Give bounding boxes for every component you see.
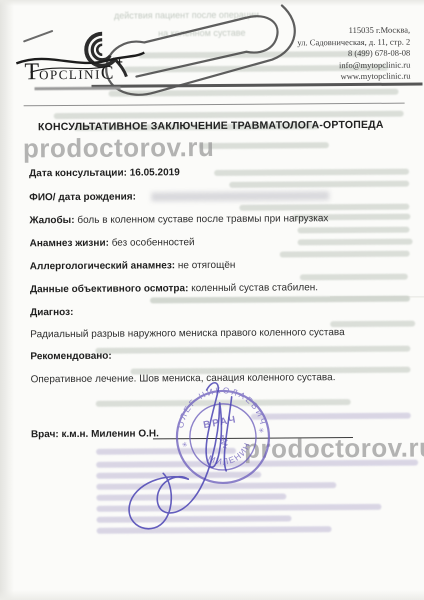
- clinic-email: info@mytopclinic.ru: [298, 59, 411, 71]
- logo-plus-mark: +: [116, 57, 123, 69]
- field-value: не отягощён: [175, 260, 235, 271]
- field-patient-name: ФИО/ дата рождения:: [29, 192, 136, 204]
- bleed-through-line: [150, 296, 410, 304]
- document-title: КОНСУЛЬТАТИВНОЕ ЗАКЛЮЧЕНИЕ ТРАВМАТОЛОГА-…: [0, 119, 423, 134]
- field-allergy-anamnesis: Аллергологический анамнез: не отягощён: [30, 260, 236, 272]
- field-value: 16.05.2019: [127, 167, 180, 178]
- clinic-contact-block: 115035 г.Москва, ул. Садовническая, д. 1…: [297, 25, 410, 83]
- field-label: Жалобы:: [29, 215, 74, 226]
- pen-mark: [24, 31, 52, 41]
- logo-letter-t: T: [24, 59, 39, 85]
- bleed-through-line: [214, 169, 409, 176]
- diagnosis-label: Диагноз:: [30, 307, 73, 318]
- scanned-document-page: действия пациент после операции на колен…: [0, 0, 424, 600]
- logo-letters-mid: OPCLINI: [39, 67, 101, 82]
- field-label: Рекомендовано:: [30, 351, 111, 363]
- diagnosis-text: Радиальный разрыв наружного мениска прав…: [30, 327, 345, 340]
- clinic-logo-text: TOPCLINIC: [24, 59, 113, 87]
- logo-letter-c: C: [101, 63, 114, 84]
- bleed-through-line: [300, 274, 408, 281]
- doctor-signature: [101, 375, 282, 546]
- field-consultation-date: Дата консультации: 16.05.2019: [29, 167, 180, 179]
- bleed-through-line: [280, 251, 410, 258]
- field-value: коленный сустав стабилен.: [188, 282, 318, 294]
- redacted-patient-name: [151, 191, 329, 201]
- bleed-through-line: [298, 239, 413, 246]
- recommendation-label: Рекомендовано:: [30, 351, 111, 363]
- field-label: ФИО/ дата рождения:: [29, 192, 136, 204]
- bleed-through-line: [54, 111, 404, 119]
- field-label: Диагноз:: [30, 307, 73, 318]
- field-value: без особенностей: [109, 237, 195, 249]
- clinic-address-line1: 115035 г.Москва,: [297, 25, 410, 37]
- bleed-through-line: [297, 227, 409, 234]
- field-complaints: Жалобы: боль в коленном суставе после тр…: [29, 213, 328, 226]
- field-objective-exam: Данные объективного осмотра: коленный су…: [30, 282, 318, 295]
- field-label: Анамнез жизни:: [30, 238, 109, 250]
- clinic-address-line2: ул. Садовническая, д. 11, стр. 2: [297, 36, 410, 48]
- bleed-through-line: [229, 181, 409, 188]
- field-life-anamnesis: Анамнез жизни: без особенностей: [30, 237, 195, 249]
- field-label: Аллергологический анамнез:: [30, 260, 175, 272]
- watermark-prodoctorov: prodoctorov.ru: [23, 132, 215, 164]
- clinic-logo-art: [14, 0, 315, 111]
- bleed-through-line: [95, 346, 410, 354]
- clinic-phone: 8 (499) 678-08-08: [297, 48, 410, 60]
- bleed-through-line: [239, 204, 409, 211]
- field-label: Данные объективного осмотра:: [30, 283, 189, 295]
- clinic-website: www.mytopclinic.ru: [298, 71, 411, 83]
- field-value: боль в коленном суставе после травмы при…: [75, 213, 329, 226]
- bleed-through-line: [199, 142, 329, 149]
- paperclip-icon: [106, 5, 295, 95]
- field-label: Дата консультации:: [29, 168, 127, 180]
- logo-tagline-blur: [35, 87, 121, 91]
